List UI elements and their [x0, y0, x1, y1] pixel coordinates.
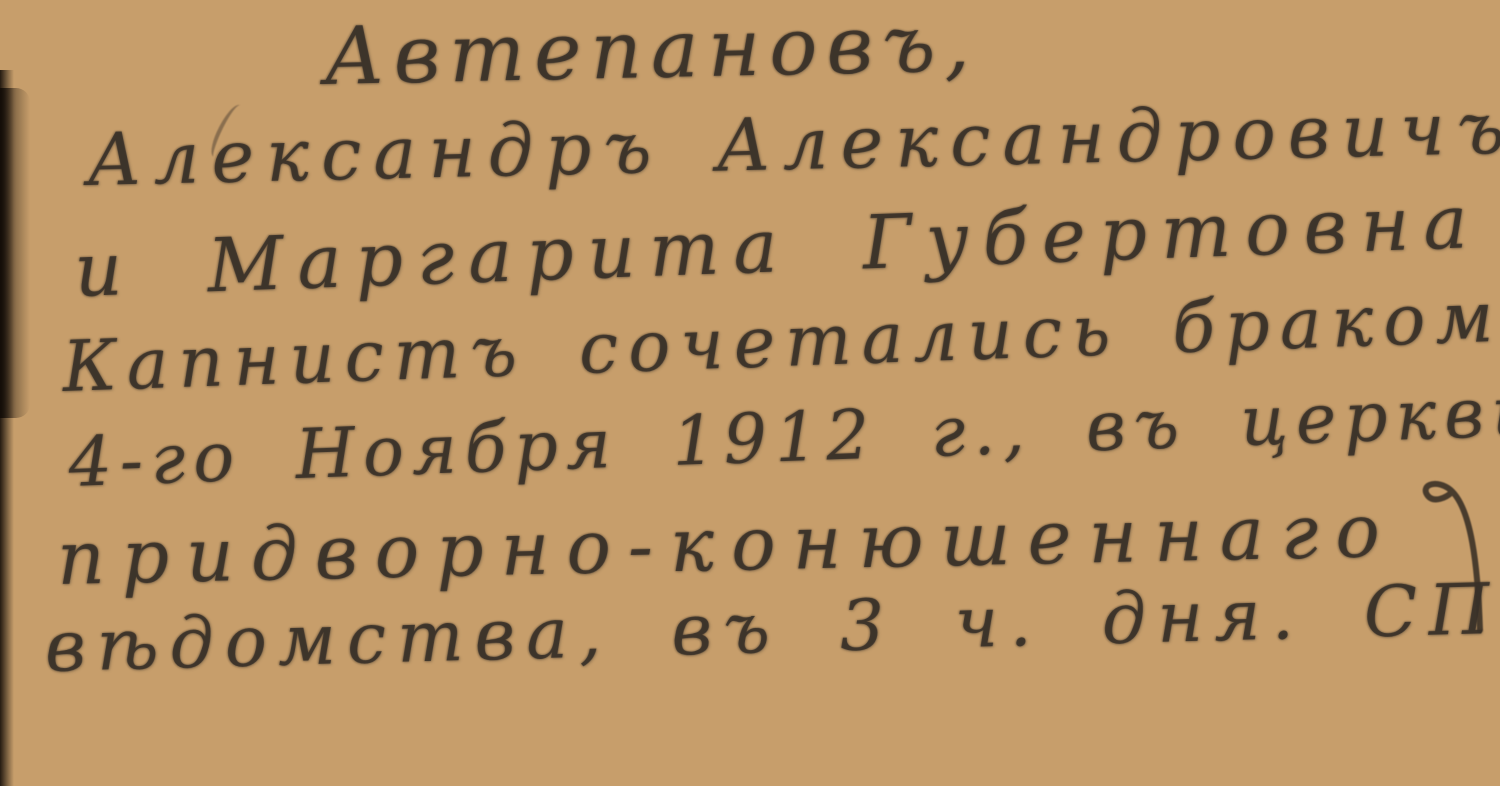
panel-left-edge-wedge [0, 88, 30, 418]
wood-panel-photo: Автепановъ, Александръ Александровичъ. и… [0, 0, 1500, 786]
inscription-line-groom-name: Александръ Александровичъ. [86, 85, 1500, 202]
inscription-line-surname: Автепановъ, [323, 0, 980, 103]
